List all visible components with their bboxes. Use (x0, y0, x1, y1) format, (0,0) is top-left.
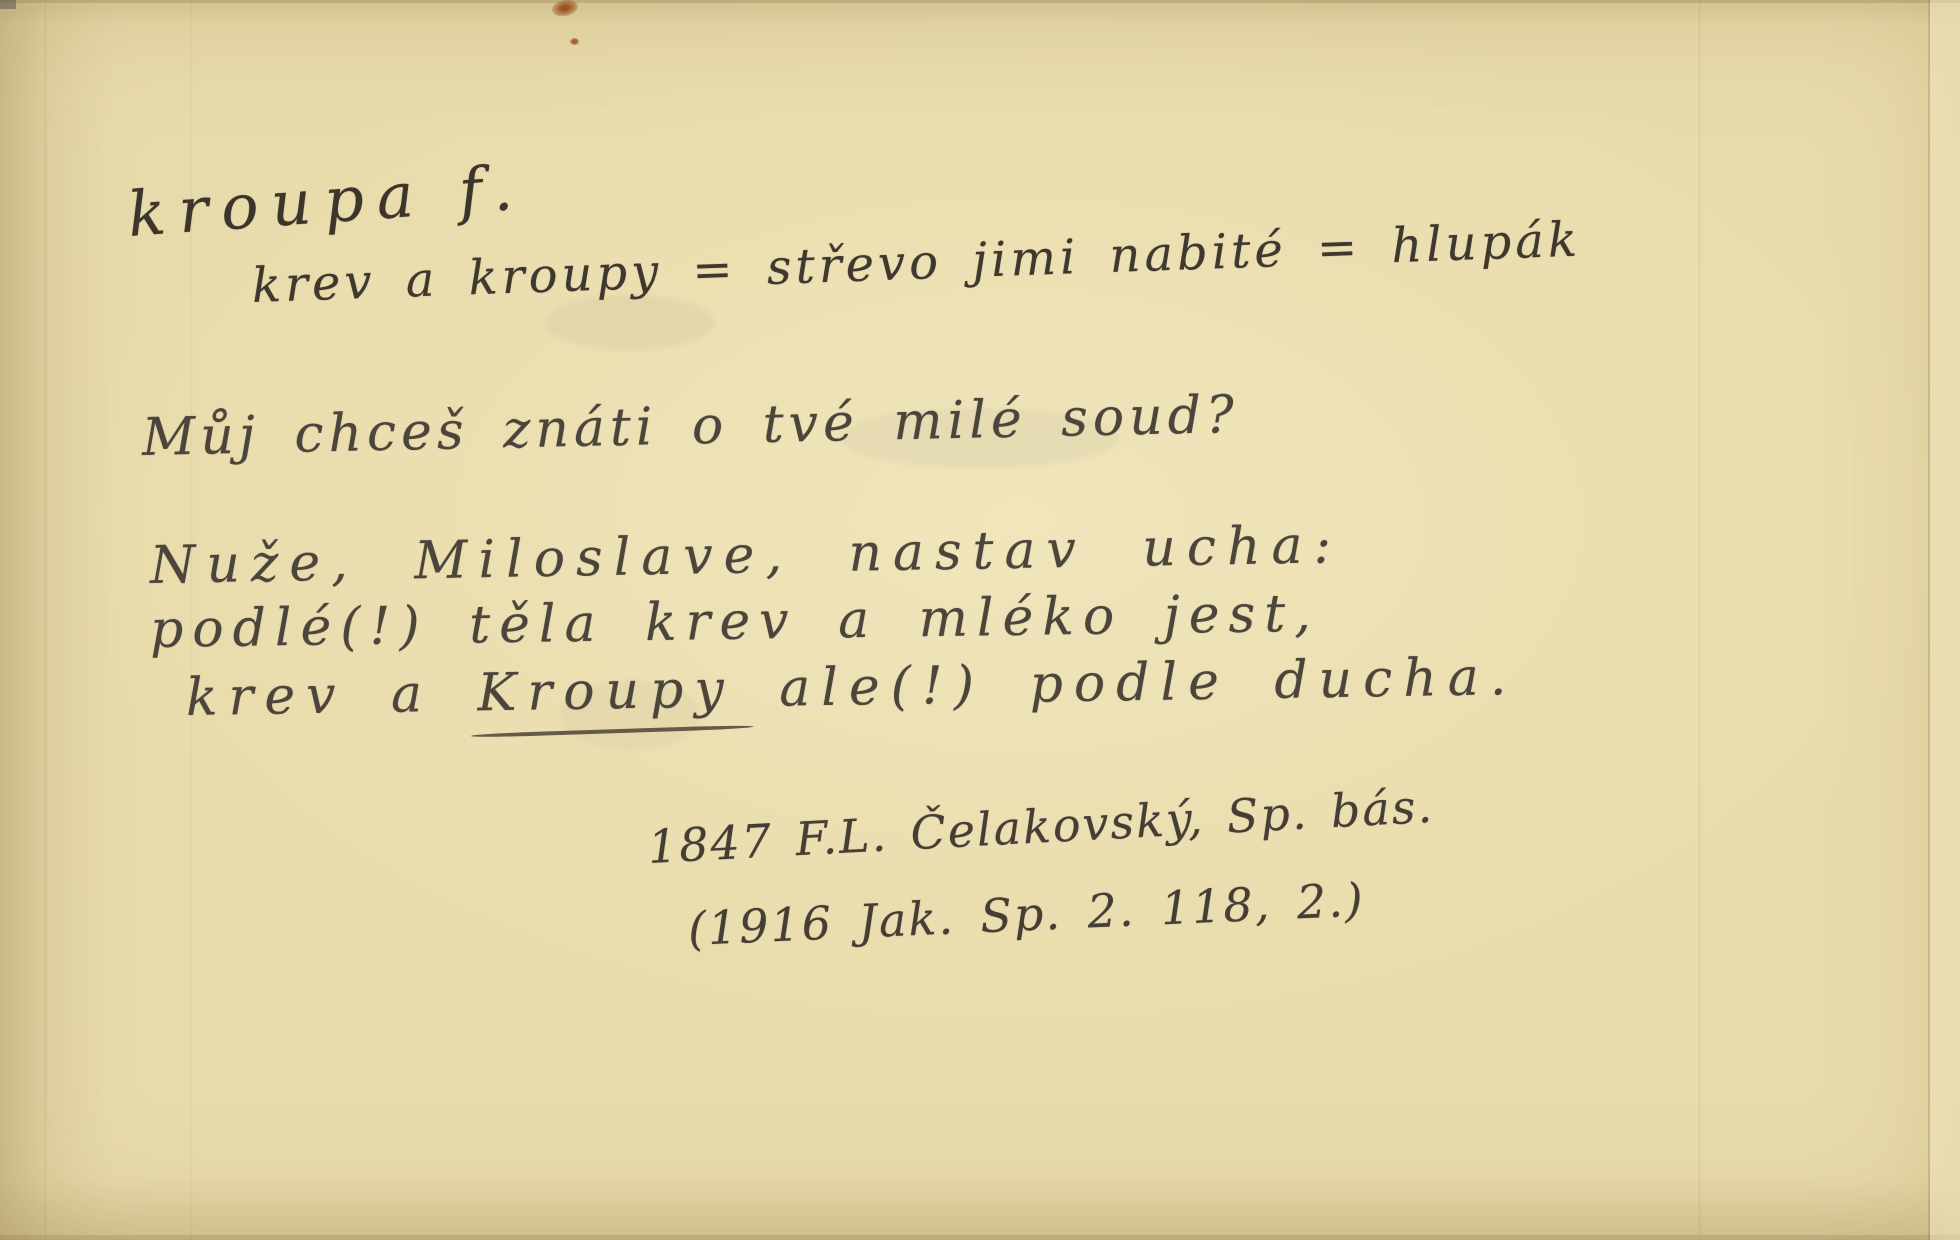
note-paper: kroupa f. krev a kroupy = střevo jimi na… (0, 0, 1960, 1240)
verse-line-4: krev a Kroupy ale(!) podle ducha. (186, 647, 1518, 728)
attribution-reference: (1916 Jak. Sp. 2. 118, 2.) (687, 872, 1366, 955)
paper-top-edge-shadow (0, 0, 1960, 3)
verse-line-4-pre: krev a (186, 663, 478, 728)
paper-right-edge (1930, 0, 1960, 1240)
paper-right-edge-line (1928, 0, 1930, 1240)
paper-smudge (545, 295, 715, 350)
note-heading: kroupa f. (125, 150, 527, 251)
ink-stain (551, 0, 580, 19)
ink-stain-dot (570, 38, 579, 45)
verse-line-2: Nuže, Miloslave, nastav ucha: (149, 515, 1342, 596)
fold-crease (44, 0, 47, 1240)
verse-line-4-underlined-word: Kroupy (477, 659, 735, 723)
attribution-source: 1847 F.L. Čelakovský, Sp. bás. (647, 779, 1436, 874)
verse-line-4-post: ale(!) podle ducha. (734, 647, 1518, 719)
scan-corner-artifact (0, 0, 16, 9)
verse-line-3: podlé(!) těla krev a mléko jest, (150, 584, 1320, 660)
fold-crease (1698, 0, 1701, 1240)
paper-bottom-edge-shadow (0, 1235, 1960, 1240)
